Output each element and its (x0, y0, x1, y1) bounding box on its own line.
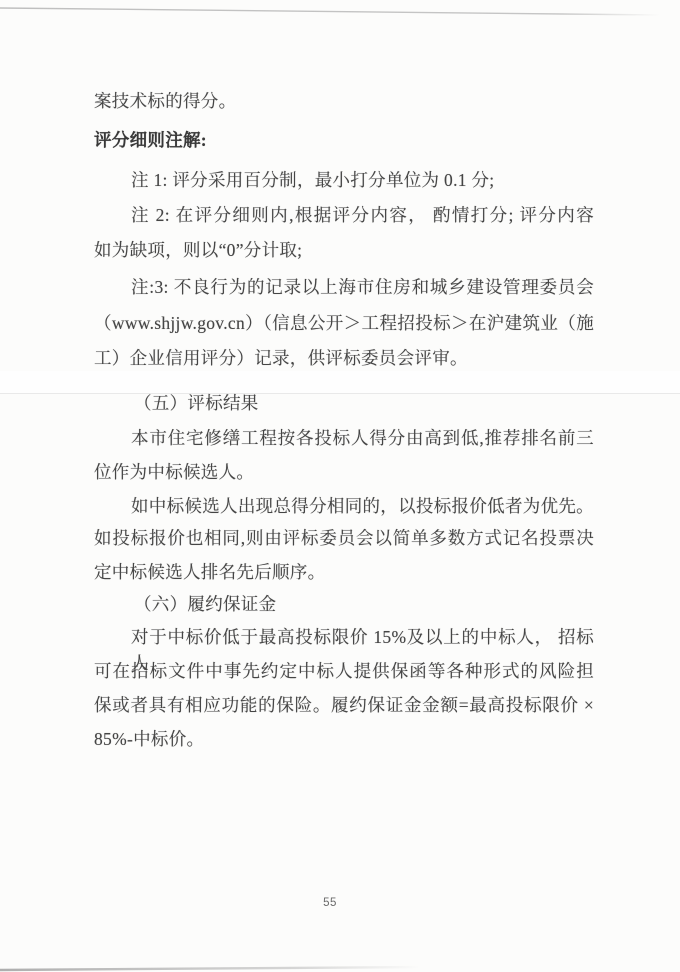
note-1-line: 注 1: 评分采用百分制，最小打分单位为 0.1 分; (94, 167, 594, 193)
doc-line-continuation: 案技术标的得分。 (94, 88, 594, 114)
note-3-line-3: 工）企业信用评分）记录，供评标委员会评审。 (94, 345, 594, 371)
note-2-line-2: 如为缺项，则以“0”分计取; (94, 237, 594, 263)
note-2-line-1: 注 2: 在评分细则内,根据评分内容， 酌情打分; 评分内容 (94, 202, 594, 228)
section-6-para-line-2: 可在招标文件中事先约定中标人提供保函等各种形式的风险担 (94, 658, 594, 684)
note-3-line-1: 注:3: 不良行为的记录以上海市住房和城乡建设管理委员会 (94, 274, 594, 300)
page-number: 55 (300, 897, 360, 909)
section-6-para-line-3: 保或者具有相应功能的保险。履约保证金金额=最高投标限价 × (94, 692, 594, 718)
scan-artifact-bottom-line (0, 948, 680, 972)
scan-artifact-top-line (0, 0, 680, 24)
note-3-line-2: （www.shjjw.gov.cn）（信息公开＞工程招投标＞在沪建筑业（施 (94, 310, 594, 336)
section-5-para-1-line-1: 本市住宅修缮工程按各投标人得分由高到低,推荐排名前三 (94, 425, 594, 451)
scanned-document-page: 案技术标的得分。 评分细则注解: 注 1: 评分采用百分制，最小打分单位为 0.… (0, 0, 680, 972)
section-5-heading: （五）评标结果 (94, 390, 594, 416)
section-5-para-2-line-3: 定中标候选人排名先后顺序。 (94, 559, 594, 585)
section-6-para-line-4: 85%-中标价。 (94, 726, 594, 752)
notes-heading: 评分细则注解: (94, 127, 594, 153)
section-5-para-2-line-1: 如中标候选人出现总得分相同的，以投标报价低者为优先。 (94, 493, 594, 519)
section-6-heading: （六）履约保证金 (94, 591, 594, 617)
section-5-para-2-line-2: 如投标报价也相同,则由评标委员会以简单多数方式记名投票决 (94, 525, 594, 551)
section-5-para-1-line-2: 位作为中标候选人。 (94, 459, 594, 485)
